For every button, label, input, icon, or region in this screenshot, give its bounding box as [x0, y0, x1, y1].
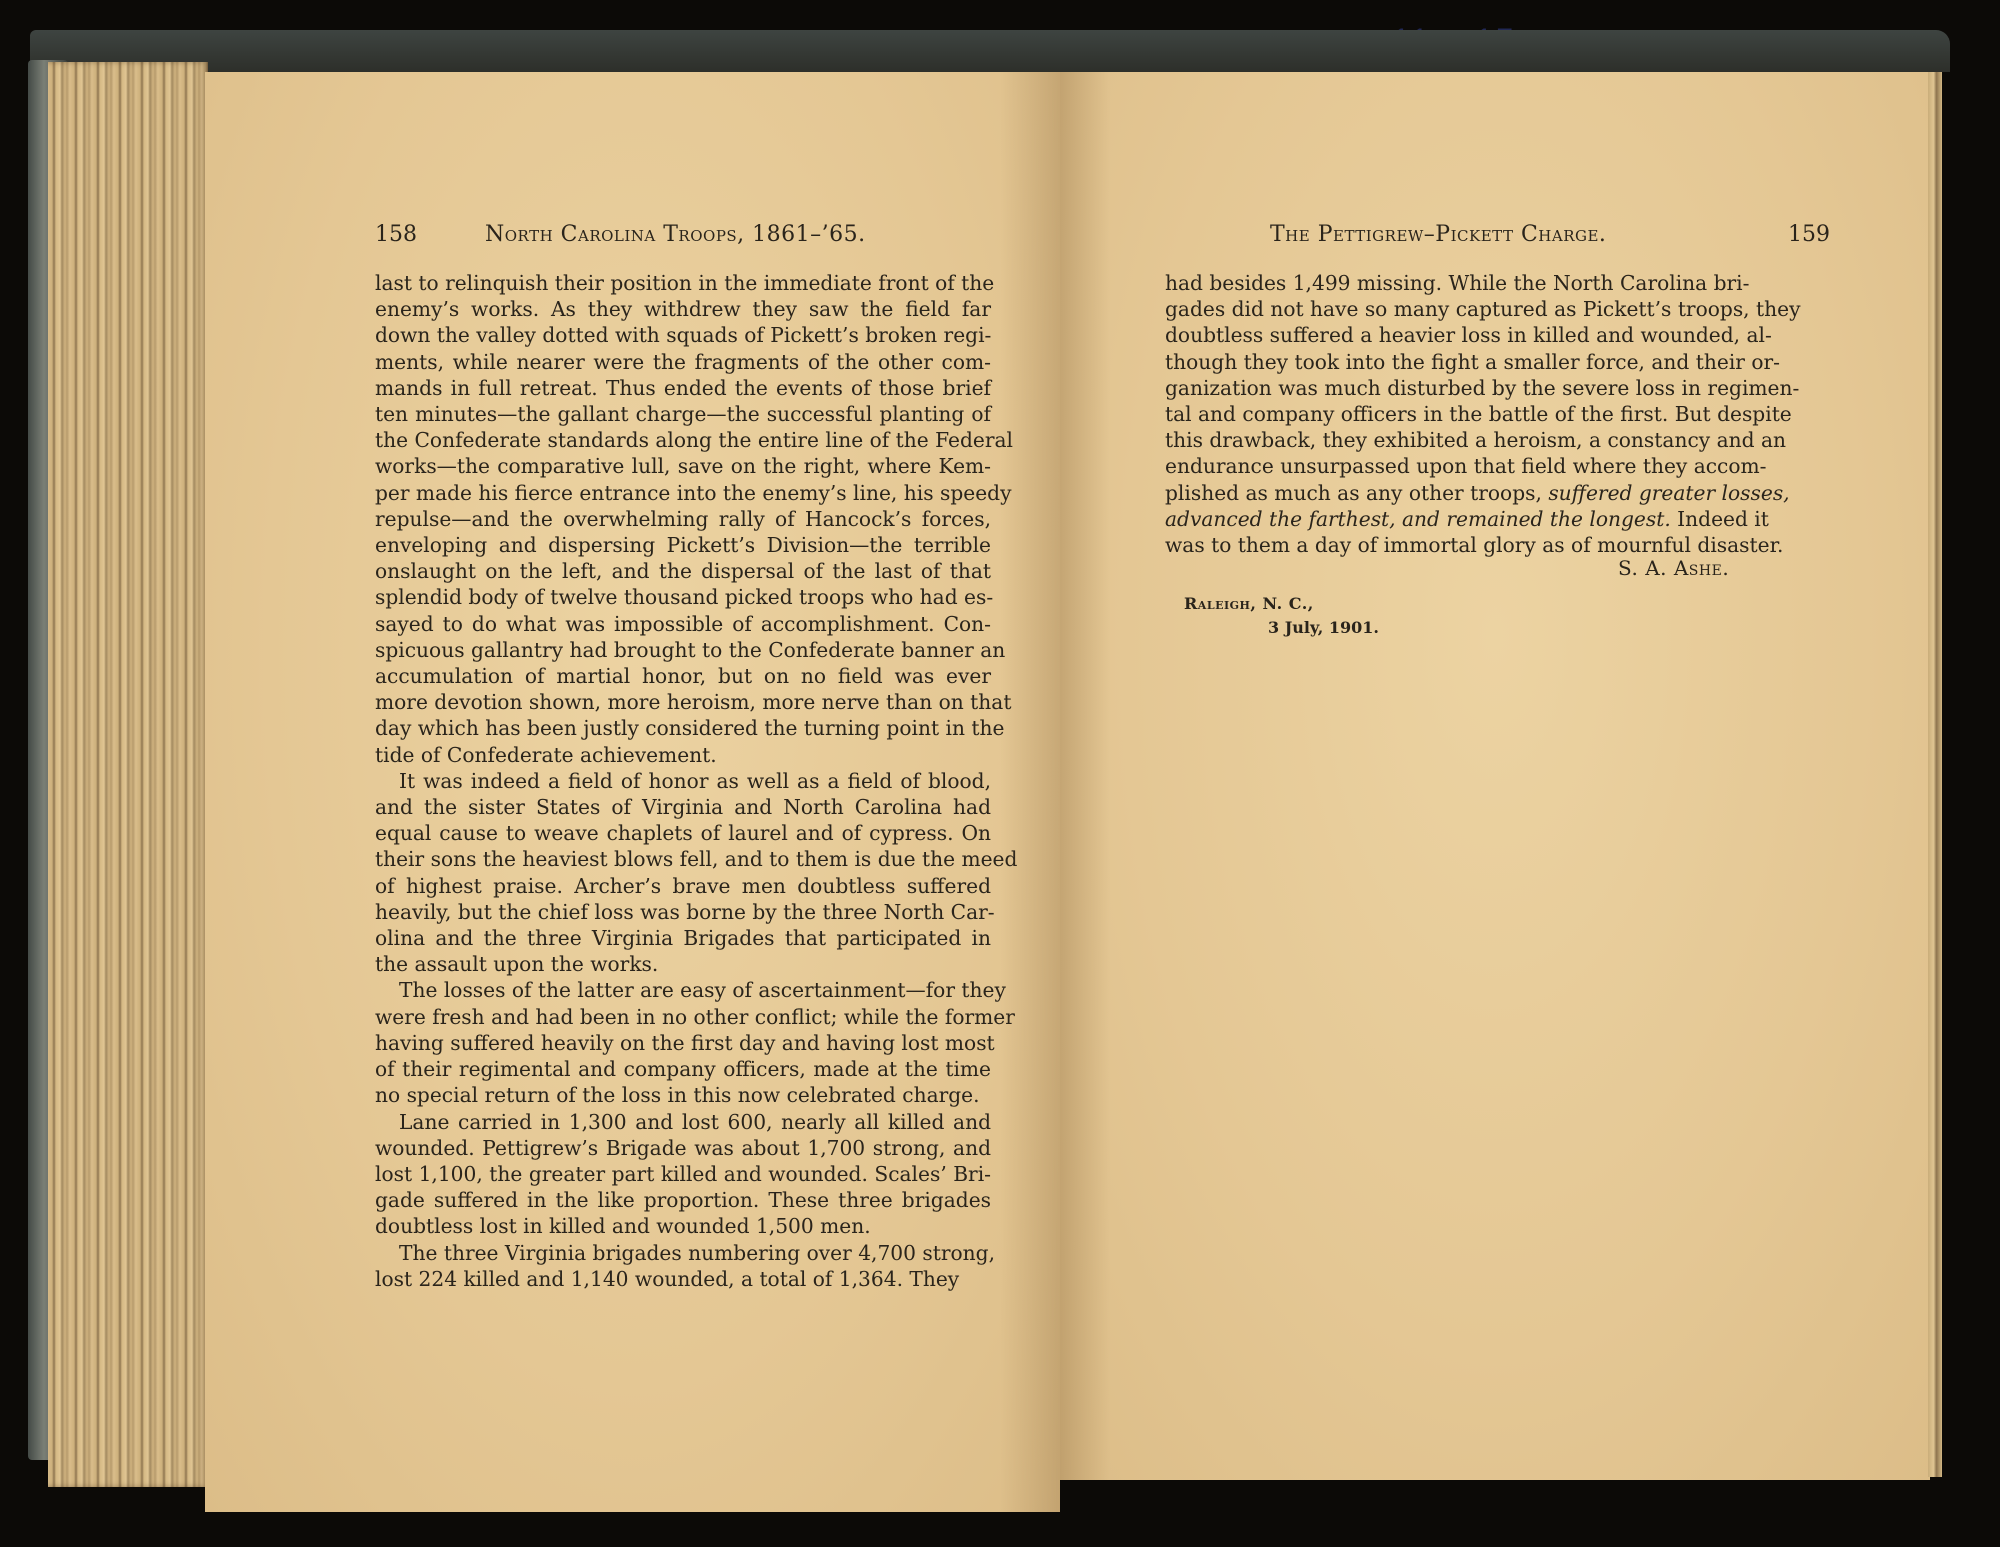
text-line: olina and the three Virginia Brigades th…	[375, 925, 991, 951]
text-line: had besides 1,499 missing. While the Nor…	[1165, 270, 1740, 296]
running-head-title: North Carolina Troops, 1861–’65.	[485, 222, 866, 247]
left-page: 158 North Carolina Troops, 1861–’65. las…	[205, 72, 1060, 1512]
text-line: ten minutes—the gallant charge—the succe…	[375, 401, 991, 427]
text-line: accumulation of martial honor, but on no…	[375, 663, 991, 689]
text-line: tide of Confederate achievement.	[375, 742, 991, 768]
text-line: enveloping and dispersing Pickett’s Divi…	[375, 532, 991, 558]
text-line: was to them a day of immortal glory as o…	[1165, 532, 1740, 558]
text-line: of their regimental and company officers…	[375, 1056, 991, 1082]
right-page-edge	[1928, 72, 1942, 1477]
text-line: day which has been justly considered the…	[375, 715, 991, 741]
text-span: Indeed it	[1671, 507, 1769, 531]
text-line: equal cause to weave chaplets of laurel …	[375, 820, 991, 846]
right-page: The Pettigrew–Pickett Charge. 159 had be…	[1060, 72, 1930, 1480]
text-line: sayed to do what was impossible of accom…	[375, 611, 991, 637]
text-line: lost 224 killed and 1,140 wounded, a tot…	[375, 1266, 991, 1292]
text-line: advanced the farthest, and remained the …	[1165, 506, 1740, 532]
text-line: doubtless lost in killed and wounded 1,5…	[375, 1213, 991, 1239]
text-line: endurance unsurpassed upon that field wh…	[1165, 453, 1740, 479]
text-line: repulse—and the overwhelming rally of Ha…	[375, 506, 991, 532]
text-line: no special return of the loss in this no…	[375, 1082, 991, 1108]
text-line: and the sister States of Virginia and No…	[375, 794, 991, 820]
text-line: heavily, but the chief loss was borne by…	[375, 899, 991, 925]
emphasis-text: advanced the farthest, and remained the …	[1165, 507, 1671, 531]
text-line: The three Virginia brigades numbering ov…	[375, 1240, 991, 1266]
text-line: more devotion shown, more heroism, more …	[375, 689, 991, 715]
page-number: 159	[1788, 222, 1830, 247]
text-line: wounded. Pettigrew’s Brigade was about 1…	[375, 1135, 991, 1161]
text-line: tal and company officers in the battle o…	[1165, 401, 1740, 427]
text-line: ganization was much disturbed by the sev…	[1165, 375, 1740, 401]
dateline-place: Raleigh, N. C.,	[1184, 592, 1379, 616]
text-line: ments, while nearer were the fragments o…	[375, 349, 991, 375]
text-line: this drawback, they exhibited a heroism,…	[1165, 427, 1740, 453]
dateline-date: 3 July, 1901.	[1184, 616, 1379, 640]
running-head-right: The Pettigrew–Pickett Charge. 159	[1270, 222, 1830, 247]
text-line: enemy’s works. As they withdrew they saw…	[375, 296, 991, 322]
text-line: per made his fierce entrance into the en…	[375, 480, 991, 506]
text-line: splendid body of twelve thousand picked …	[375, 584, 991, 610]
text-line: plished as much as any other troops, suf…	[1165, 480, 1740, 506]
page-stack-edges	[48, 62, 208, 1487]
right-page-lines: had besides 1,499 missing. While the Nor…	[1165, 270, 1740, 480]
book-cover-top	[30, 30, 1950, 72]
text-line: their sons the heaviest blows fell, and …	[375, 846, 991, 872]
text-line: though they took into the fight a smalle…	[1165, 349, 1740, 375]
text-line: last to relinquish their position in the…	[375, 270, 991, 296]
left-page-body: last to relinquish their position in the…	[375, 270, 991, 1292]
text-line: lost 1,100, the greater part killed and …	[375, 1161, 991, 1187]
text-line: It was indeed a field of honor as well a…	[375, 768, 991, 794]
text-line: gades did not have so many captured as P…	[1165, 296, 1740, 322]
emphasis-text: suffered greater losses,	[1548, 481, 1789, 505]
text-line: the Confederate standards along the enti…	[375, 427, 991, 453]
text-line: mands in full retreat. Thus ended the ev…	[375, 375, 991, 401]
page-number: 158	[375, 222, 485, 247]
text-line: onslaught on the left, and the dispersal…	[375, 558, 991, 584]
dateline: Raleigh, N. C., 3 July, 1901.	[1184, 592, 1379, 640]
right-page-body: had besides 1,499 missing. While the Nor…	[1165, 270, 1740, 558]
text-line: Lane carried in 1,300 and lost 600, near…	[375, 1109, 991, 1135]
running-head-title: The Pettigrew–Pickett Charge.	[1270, 222, 1606, 247]
text-line: doubtless suffered a heavier loss in kil…	[1165, 322, 1740, 348]
author-signature: S. A. Ashe.	[1618, 556, 1729, 580]
text-line: having suffered heavily on the first day…	[375, 1030, 991, 1056]
text-line: down the valley dotted with squads of Pi…	[375, 322, 991, 348]
text-line: were fresh and had been in no other conf…	[375, 1004, 991, 1030]
text-line: spicuous gallantry had brought to the Co…	[375, 637, 991, 663]
running-head-left: 158 North Carolina Troops, 1861–’65.	[375, 222, 995, 247]
text-line: the assault upon the works.	[375, 951, 991, 977]
text-line: works—the comparative lull, save on the …	[375, 453, 991, 479]
text-line: gade suffered in the like proportion. Th…	[375, 1187, 991, 1213]
text-span: plished as much as any other troops,	[1165, 481, 1548, 505]
text-line: The losses of the latter are easy of asc…	[375, 977, 991, 1003]
text-line: of highest praise. Archer’s brave men do…	[375, 873, 991, 899]
